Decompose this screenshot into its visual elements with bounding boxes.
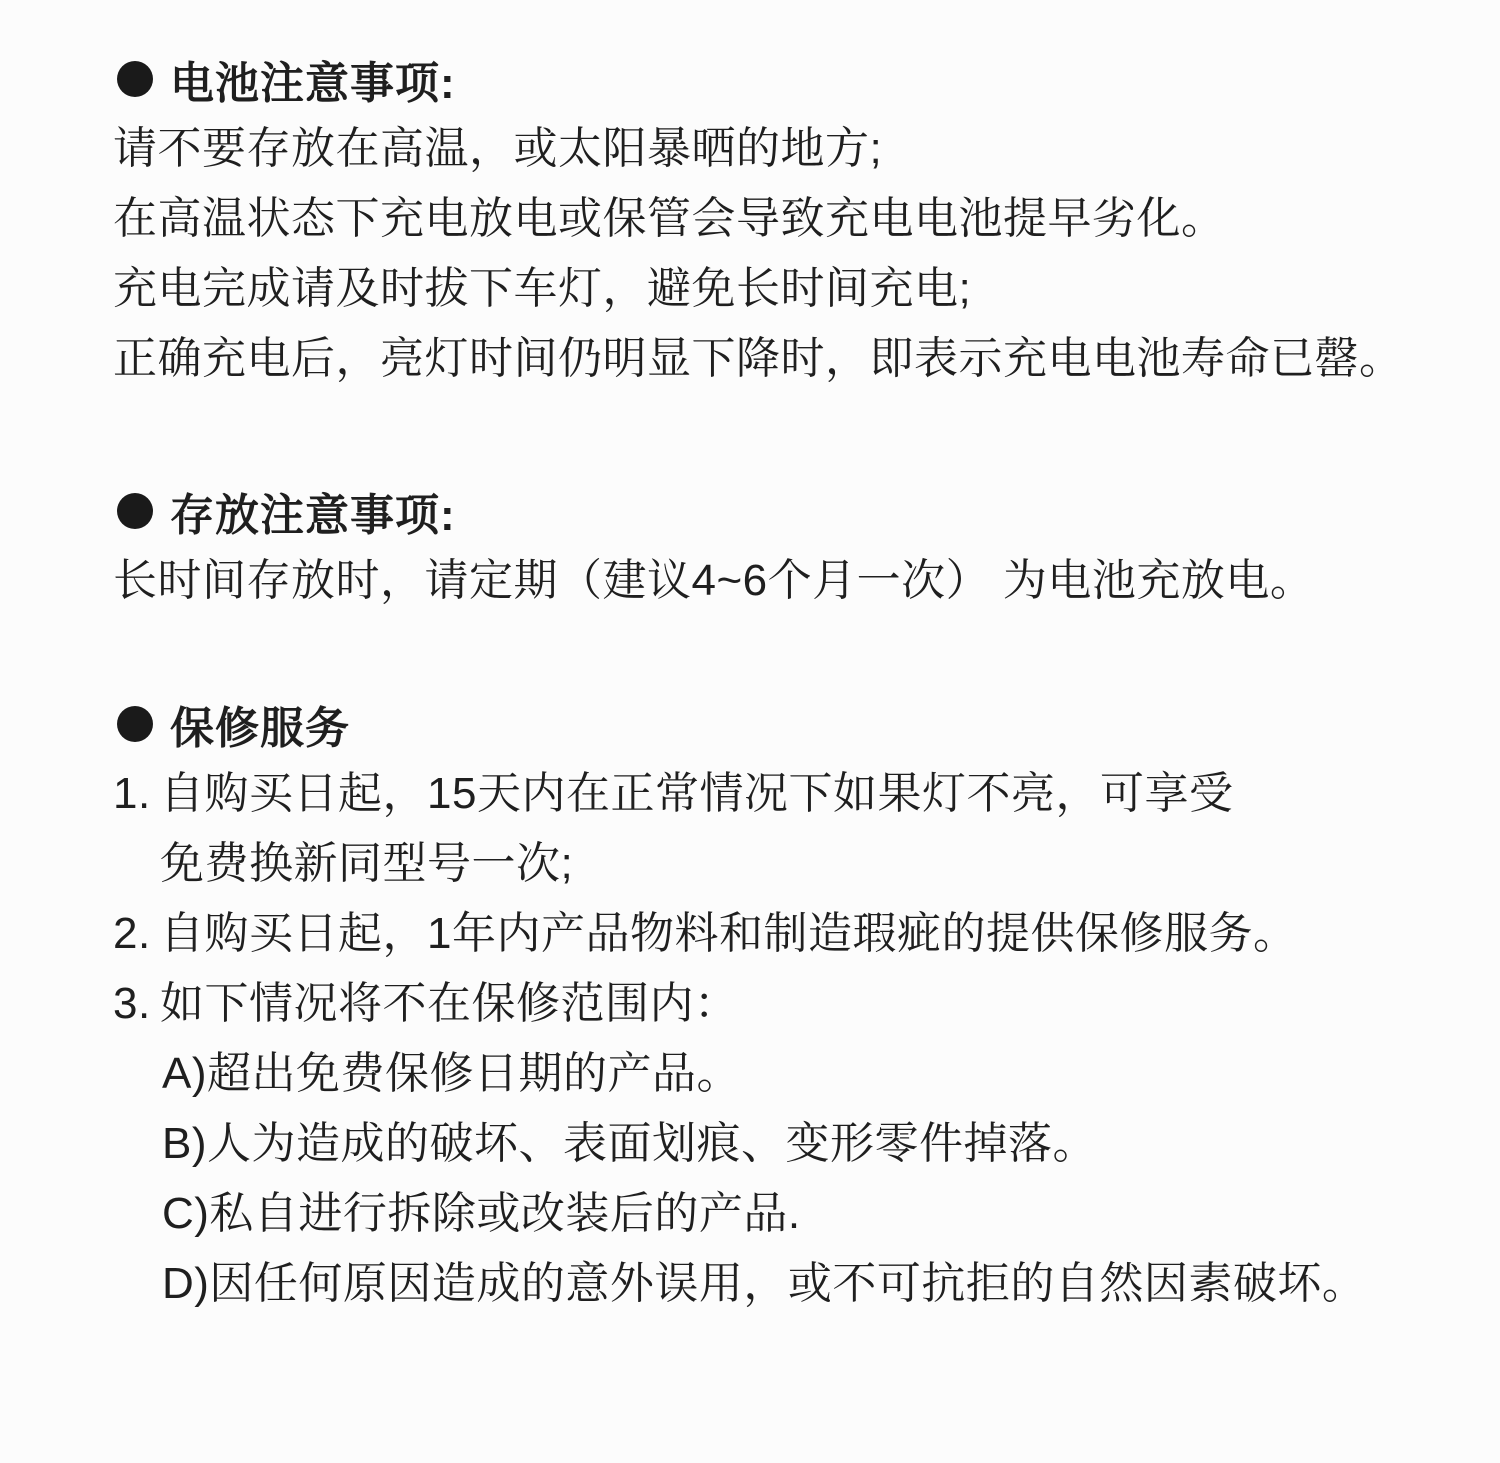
warranty-item-1: 1. 自购买日起，15天内在正常情况下如果灯不亮，可享受 免费换新同型号一次; <box>113 759 1460 899</box>
warranty-item-line: 自购买日起，1年内产品物料和制造瑕疵的提供保修服务。 <box>160 899 1297 969</box>
warranty-item-2: 2. 自购买日起，1年内产品物料和制造瑕疵的提供保修服务。 <box>113 899 1460 969</box>
section-battery-notes: 电池注意事项: 请不要存放在高温，或太阳暴晒的地方; 在高温状态下充电放电或保管… <box>113 44 1460 394</box>
warranty-item-3: 3. 如下情况将不在保修范围内： <box>113 969 1460 1039</box>
battery-paragraph: 请不要存放在高温，或太阳暴晒的地方; <box>113 114 1460 184</box>
warranty-item-marker: 1. <box>113 759 160 899</box>
warranty-item-line: 免费换新同型号一次; <box>160 829 1233 899</box>
bullet-icon <box>117 706 153 742</box>
notice-document: 电池注意事项: 请不要存放在高温，或太阳暴晒的地方; 在高温状态下充电放电或保管… <box>0 0 1500 1319</box>
warranty-item-line: 如下情况将不在保修范围内： <box>160 969 739 1039</box>
warranty-item-line: 自购买日起，15天内在正常情况下如果灯不亮，可享受 <box>160 759 1233 829</box>
battery-section-heading: 电池注意事项: <box>117 44 1460 114</box>
section-storage-notes: 存放注意事项: 长时间存放时，请定期（建议4~6个月一次） 为电池充放电。 <box>113 476 1460 616</box>
battery-heading-text: 电池注意事项: <box>170 47 456 111</box>
bullet-icon <box>117 493 153 529</box>
battery-paragraph: 充电完成请及时拔下车灯，避免长时间充电; <box>113 254 1460 324</box>
bullet-icon <box>117 61 153 97</box>
warranty-exclusion-c: C)私自进行拆除或改装后的产品. <box>113 1179 1460 1249</box>
warranty-exclusion-a: A)超出免费保修日期的产品。 <box>113 1039 1460 1109</box>
storage-section-heading: 存放注意事项: <box>117 476 1460 546</box>
warranty-heading-text: 保修服务 <box>170 692 350 756</box>
warranty-exclusion-b: B)人为造成的破坏、表面划痕、变形零件掉落。 <box>113 1109 1460 1179</box>
warranty-item-text: 自购买日起，1年内产品物料和制造瑕疵的提供保修服务。 <box>160 899 1297 969</box>
warranty-item-text: 自购买日起，15天内在正常情况下如果灯不亮，可享受 免费换新同型号一次; <box>160 759 1233 899</box>
storage-paragraph: 长时间存放时，请定期（建议4~6个月一次） 为电池充放电。 <box>113 546 1460 616</box>
battery-paragraph: 正确充电后，亮灯时间仍明显下降时，即表示充电电池寿命已罄。 <box>113 324 1460 394</box>
warranty-item-text: 如下情况将不在保修范围内： <box>160 969 739 1039</box>
warranty-item-marker: 2. <box>113 899 160 969</box>
warranty-item-marker: 3. <box>113 969 160 1039</box>
storage-heading-text: 存放注意事项: <box>170 479 456 543</box>
battery-paragraph: 在高温状态下充电放电或保管会导致充电电池提早劣化。 <box>113 184 1460 254</box>
section-warranty-service: 保修服务 1. 自购买日起，15天内在正常情况下如果灯不亮，可享受 免费换新同型… <box>113 689 1460 1319</box>
warranty-section-heading: 保修服务 <box>117 689 1460 759</box>
warranty-exclusion-d: D)因任何原因造成的意外误用，或不可抗拒的自然因素破坏。 <box>113 1249 1460 1319</box>
